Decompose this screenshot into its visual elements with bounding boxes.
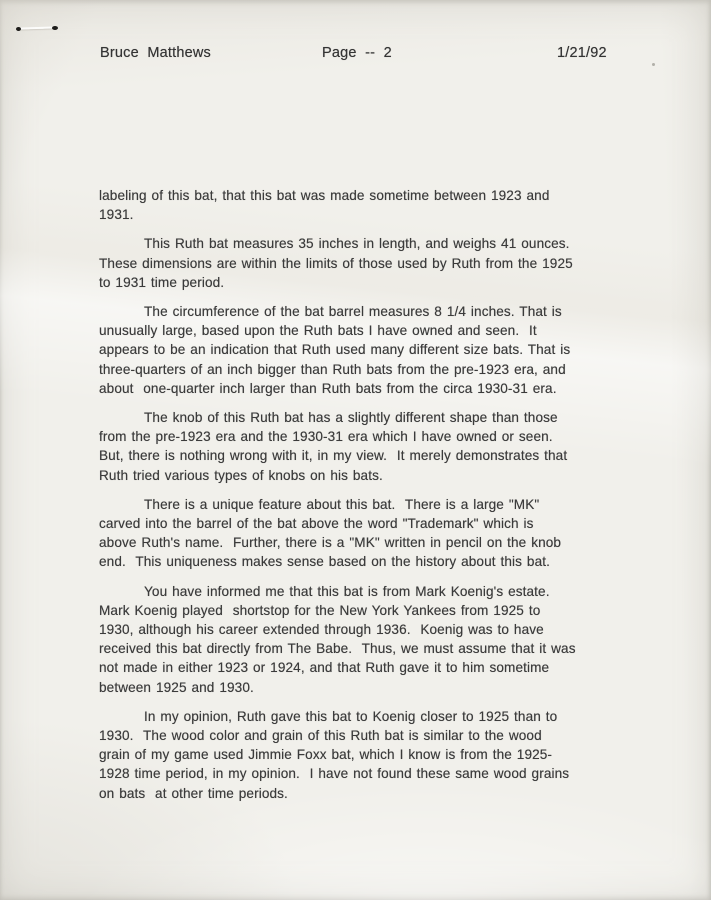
paragraph-koenig-estate: You have informed me that this bat is fr… xyxy=(99,582,644,697)
staple-hole-right xyxy=(52,26,58,30)
staple-hole-left xyxy=(16,27,21,31)
document-body: labeling of this bat, that this bat was … xyxy=(99,186,644,803)
scanned-letter-page: Bruce Matthews Page -- 2 1/21/92 labelin… xyxy=(0,0,711,900)
paper-speck xyxy=(652,63,655,66)
paragraph-continuation: labeling of this bat, that this bat was … xyxy=(99,186,644,224)
staple-scratch-mark xyxy=(17,26,56,29)
header-page-number: Page -- 2 xyxy=(322,45,392,61)
paragraph-unique-feature: There is a unique feature about this bat… xyxy=(99,495,644,572)
header-date: 1/21/92 xyxy=(557,45,607,61)
paragraph-knob: The knob of this Ruth bat has a slightly… xyxy=(99,408,644,485)
header-author: Bruce Matthews xyxy=(100,45,211,61)
paragraph-opinion: In my opinion, Ruth gave this bat to Koe… xyxy=(99,707,644,803)
paragraph-circumference: The circumference of the bat barrel meas… xyxy=(99,302,644,398)
paragraph-measurements: This Ruth bat measures 35 inches in leng… xyxy=(99,234,644,292)
